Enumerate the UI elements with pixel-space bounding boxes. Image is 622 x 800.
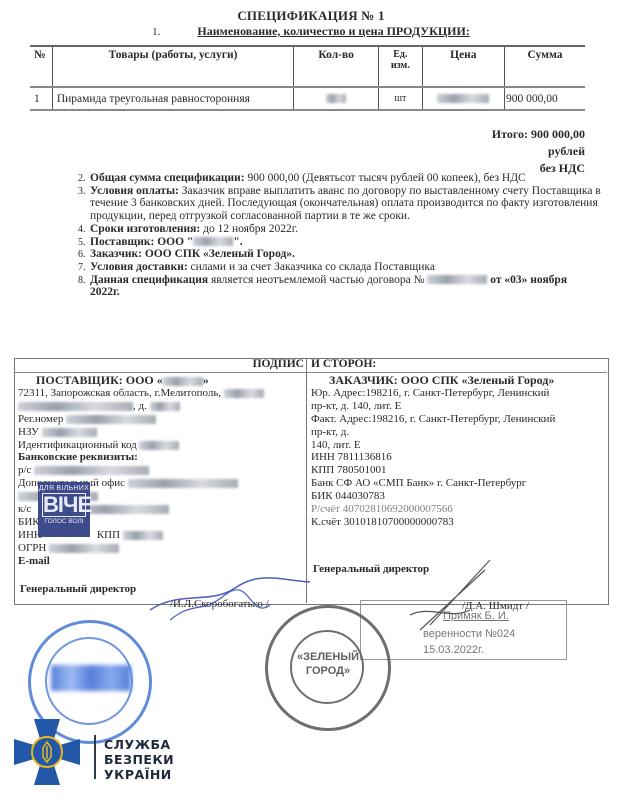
signatures-header-right: И СТОРОН: [311,358,376,370]
customer-legal-address-2: пр-кт, д. 140, лит. Е [311,400,603,413]
term-production-deadline: Сроки изготовления: до 12 ноября 2022г. [88,223,608,236]
veche-watermark-logo: ДЛЯ ВІЛЬНИХ ВІЧЕ ГОЛОС ВОЛІ [38,482,90,537]
supplier-reg-number: Рег.номер [18,413,303,426]
customer-bank: Банк СФ АО «СМП Банк» г. Санкт-Петербург [311,477,603,490]
sbu-cross-emblem-icon [14,719,80,785]
proxy-date: 15.03.2022г. [423,644,484,656]
term-payment: Условия оплаты: Заказчик вправе выплатит… [88,185,608,223]
customer-account: Р/счёт 40702810692000007566 [311,503,603,516]
redaction-blur [224,389,264,398]
supplier-nzu: НЗУ [18,426,303,439]
term-contract-reference: Данная спецификация является неотъемлемо… [88,274,608,299]
term-customer: Заказчик: ООО СПК «Зеленый Город». [88,248,608,261]
customer-legal-address: Юр. Адрес:198216, г. Санкт-Петербург, Ле… [311,387,603,400]
customer-details: ЗАКАЗЧИК: ООО СПК «Зеленый Город» Юр. Ад… [311,374,603,529]
total-currency: рублей [492,143,585,160]
total-block: Итого: 900 000,00 рублей без НДС [492,126,585,177]
customer-bik: БИК 044030783 [311,490,603,503]
term-supplier: Поставщик: ООО "". [88,236,608,249]
signatures-header-left: ПОДПИС [253,358,304,370]
col-header-unit: Ед. изм. [379,46,423,87]
customer-fact-address: Факт. Адрес:198216, г. Санкт-Петербург, … [311,413,603,426]
col-header-sum: Сумма [504,46,585,87]
cell-unit: шт [379,87,423,110]
supplier-bank-label: Банковские реквизиты: [18,451,303,464]
terms-list: Общая сумма спецификации: 900 000,00 (Де… [58,172,608,299]
redaction-blur [49,544,119,553]
redaction-blur [150,402,180,411]
sbu-wordmark: СЛУЖБА БЕЗПЕКИ УКРАЇНИ [104,737,174,782]
redaction-blur [51,665,131,691]
supplier-director-label: Генеральный директор [20,583,136,595]
cell-price-redacted [422,87,504,110]
redaction-blur [42,428,97,437]
cell-sum: 900 000,00 [504,87,585,110]
supplier-id-code: Идентификационный код [18,439,303,452]
section-number: 1. [152,26,160,38]
col-header-goods: Товары (работы, услуги) [52,46,293,87]
document-title: СПЕЦИФИКАЦИЯ № 1 [0,8,622,24]
redaction-blur [66,415,156,424]
redaction-blur [437,94,489,103]
redaction-blur [163,377,203,386]
customer-corr-account: К.счёт 30101810700000000783 [311,516,603,529]
redaction-blur [427,275,487,284]
customer-fact-address-3: 140, лит. Е [311,439,603,452]
customer-title: ЗАКАЗЧИК: ООО СПК «Зеленый Город» [311,374,603,387]
specification-table: № Товары (работы, услуги) Кол-во Ед. изм… [30,45,585,111]
col-header-number: № [30,46,52,87]
cell-goods: Пирамида треугольная равносторонняя [52,87,293,110]
supplier-address-2: , д. [18,400,303,413]
col-header-qty: Кол-во [294,46,379,87]
supplier-account: р/с [18,464,303,477]
stamp-text-2: ГОРОД» [268,664,388,678]
signatures-header: ПОДПИС И СТОРОН: [14,358,607,373]
redaction-blur [326,94,346,103]
customer-signature-icon [390,555,510,635]
sbu-divider [94,735,96,779]
cell-number: 1 [30,87,52,110]
cell-qty-redacted [294,87,379,110]
supplier-details: ПОСТАВЩИК: ООО «» 72311, Запорожская обл… [18,374,303,568]
customer-stamp-icon: «ЗЕЛЕНЫЙ ГОРОД» [265,605,391,731]
supplier-address: 72311, Запорожская область, г.Мелитополь… [18,387,303,400]
customer-inn: ИНН 7811136816 [311,451,603,464]
redaction-blur [128,479,238,488]
redaction-blur [139,441,179,450]
table-row: 1 Пирамида треугольная равносторонняя шт… [30,87,585,110]
redaction-blur [123,531,163,540]
redaction-blur [34,466,149,475]
supplier-title: ПОСТАВЩИК: ООО «» [18,374,303,387]
supplier-ogrn: ОГРН [18,542,303,555]
section-title: Наименование, количество и цена ПРОДУКЦИ… [197,24,469,38]
stamp-text-1: «ЗЕЛЕНЫЙ [268,650,388,664]
customer-kpp: КПП 780501001 [311,464,603,477]
section-1-heading: 1. Наименование, количество и цена ПРОДУ… [0,24,622,39]
term-total-sum: Общая сумма спецификации: 900 000,00 (Де… [88,172,608,185]
total-amount: Итого: 900 000,00 [492,126,585,143]
redaction-blur [18,402,133,411]
redaction-blur [193,237,233,246]
customer-fact-address-2: пр-кт, д. [311,426,603,439]
term-delivery: Условия доставки: силами и за счет Заказ… [88,261,608,274]
col-header-price: Цена [422,46,504,87]
table-header-row: № Товары (работы, услуги) Кол-во Ед. изм… [30,46,585,87]
